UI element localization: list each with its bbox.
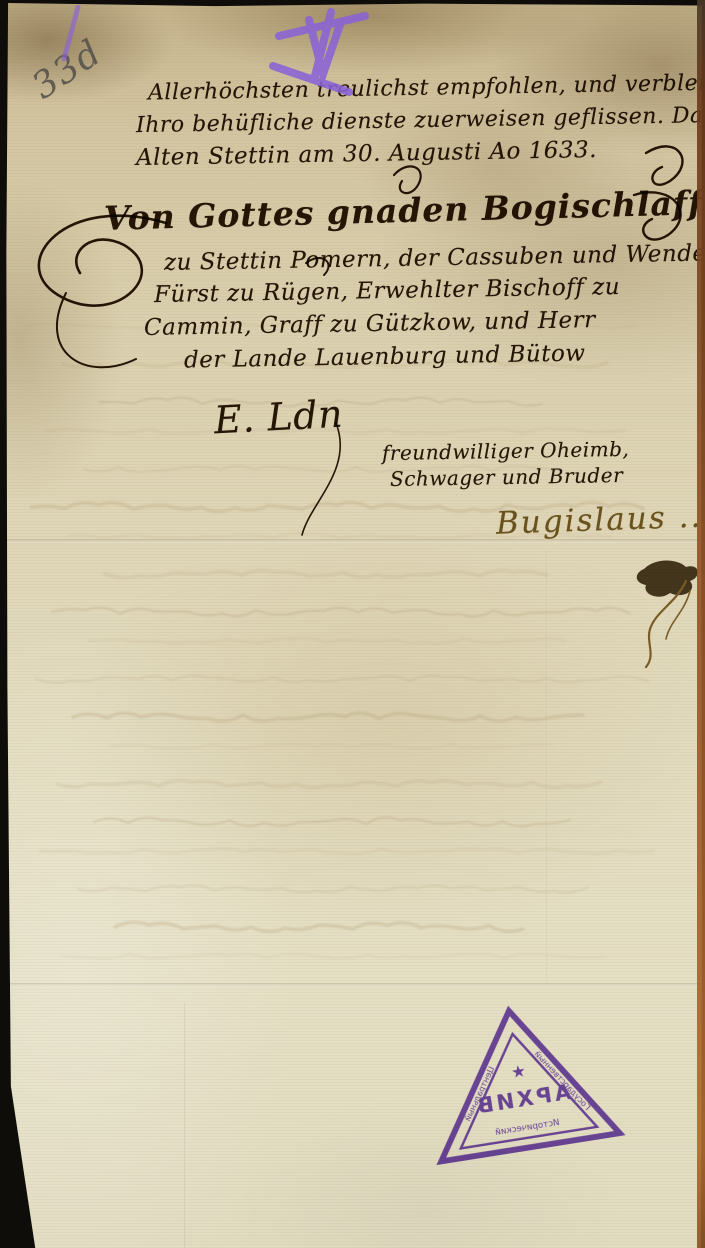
titulature-line-5: der Lande Lauenburg und Bütow xyxy=(184,340,586,373)
paper-sheet: 33d IV Allerhöchsten treulichst empfohle… xyxy=(6,3,702,1248)
ink-blot xyxy=(626,551,702,671)
closing-line-1: freundwilliger Oheimb, xyxy=(382,437,630,465)
titulature-line-4: Cammin, Graff zu Gützkow, und Herr xyxy=(144,307,596,341)
bleed-through-text xyxy=(6,318,702,998)
salutation-abbreviation: E. Ldn xyxy=(213,392,344,443)
fold-line-horizontal-2 xyxy=(6,983,702,987)
crayon-tick-mark xyxy=(56,5,86,63)
titulature-line-3: Fürst zu Rügen, Erwehlter Bischoff zu xyxy=(154,274,620,308)
crayon-numeral-mark: IV xyxy=(269,4,373,104)
closing-line-2: Schwager und Bruder xyxy=(390,463,624,491)
archive-stamp: ★ АРХИВ Исторический Государственный Цен… xyxy=(407,988,633,1174)
adjacent-page-edge xyxy=(697,0,705,1248)
fold-line-vertical-2 xyxy=(546,553,549,983)
manuscript-scan: { "annotations": { "pencil_mark": "33d",… xyxy=(0,0,705,1248)
letter-line-1: Allerhöchsten treulichst empfohlen, und … xyxy=(148,69,705,105)
crayon-numeral-strokes xyxy=(269,4,373,100)
letter-line-2: Ihro behüfliche dienste zuerweisen gefli… xyxy=(136,103,705,138)
stamp-star-icon: ★ xyxy=(510,1061,528,1082)
ducal-signature: Bugislaus ... xyxy=(495,498,705,542)
archive-stamp-graphic: ★ АРХИВ Исторический Государственный Цен… xyxy=(407,988,633,1174)
fold-line-horizontal-1 xyxy=(6,539,702,543)
titulature-line-1: Von Gottes gnaden Bogischlaff Herzog xyxy=(104,179,705,238)
letter-line-3: Alten Stettin am 30. Augusti Ao 1633. xyxy=(136,137,597,171)
titulature-line-2: zu Stettin Pomern, der Cassuben und Wend… xyxy=(164,240,705,276)
fold-line-vertical-1 xyxy=(184,1003,187,1248)
